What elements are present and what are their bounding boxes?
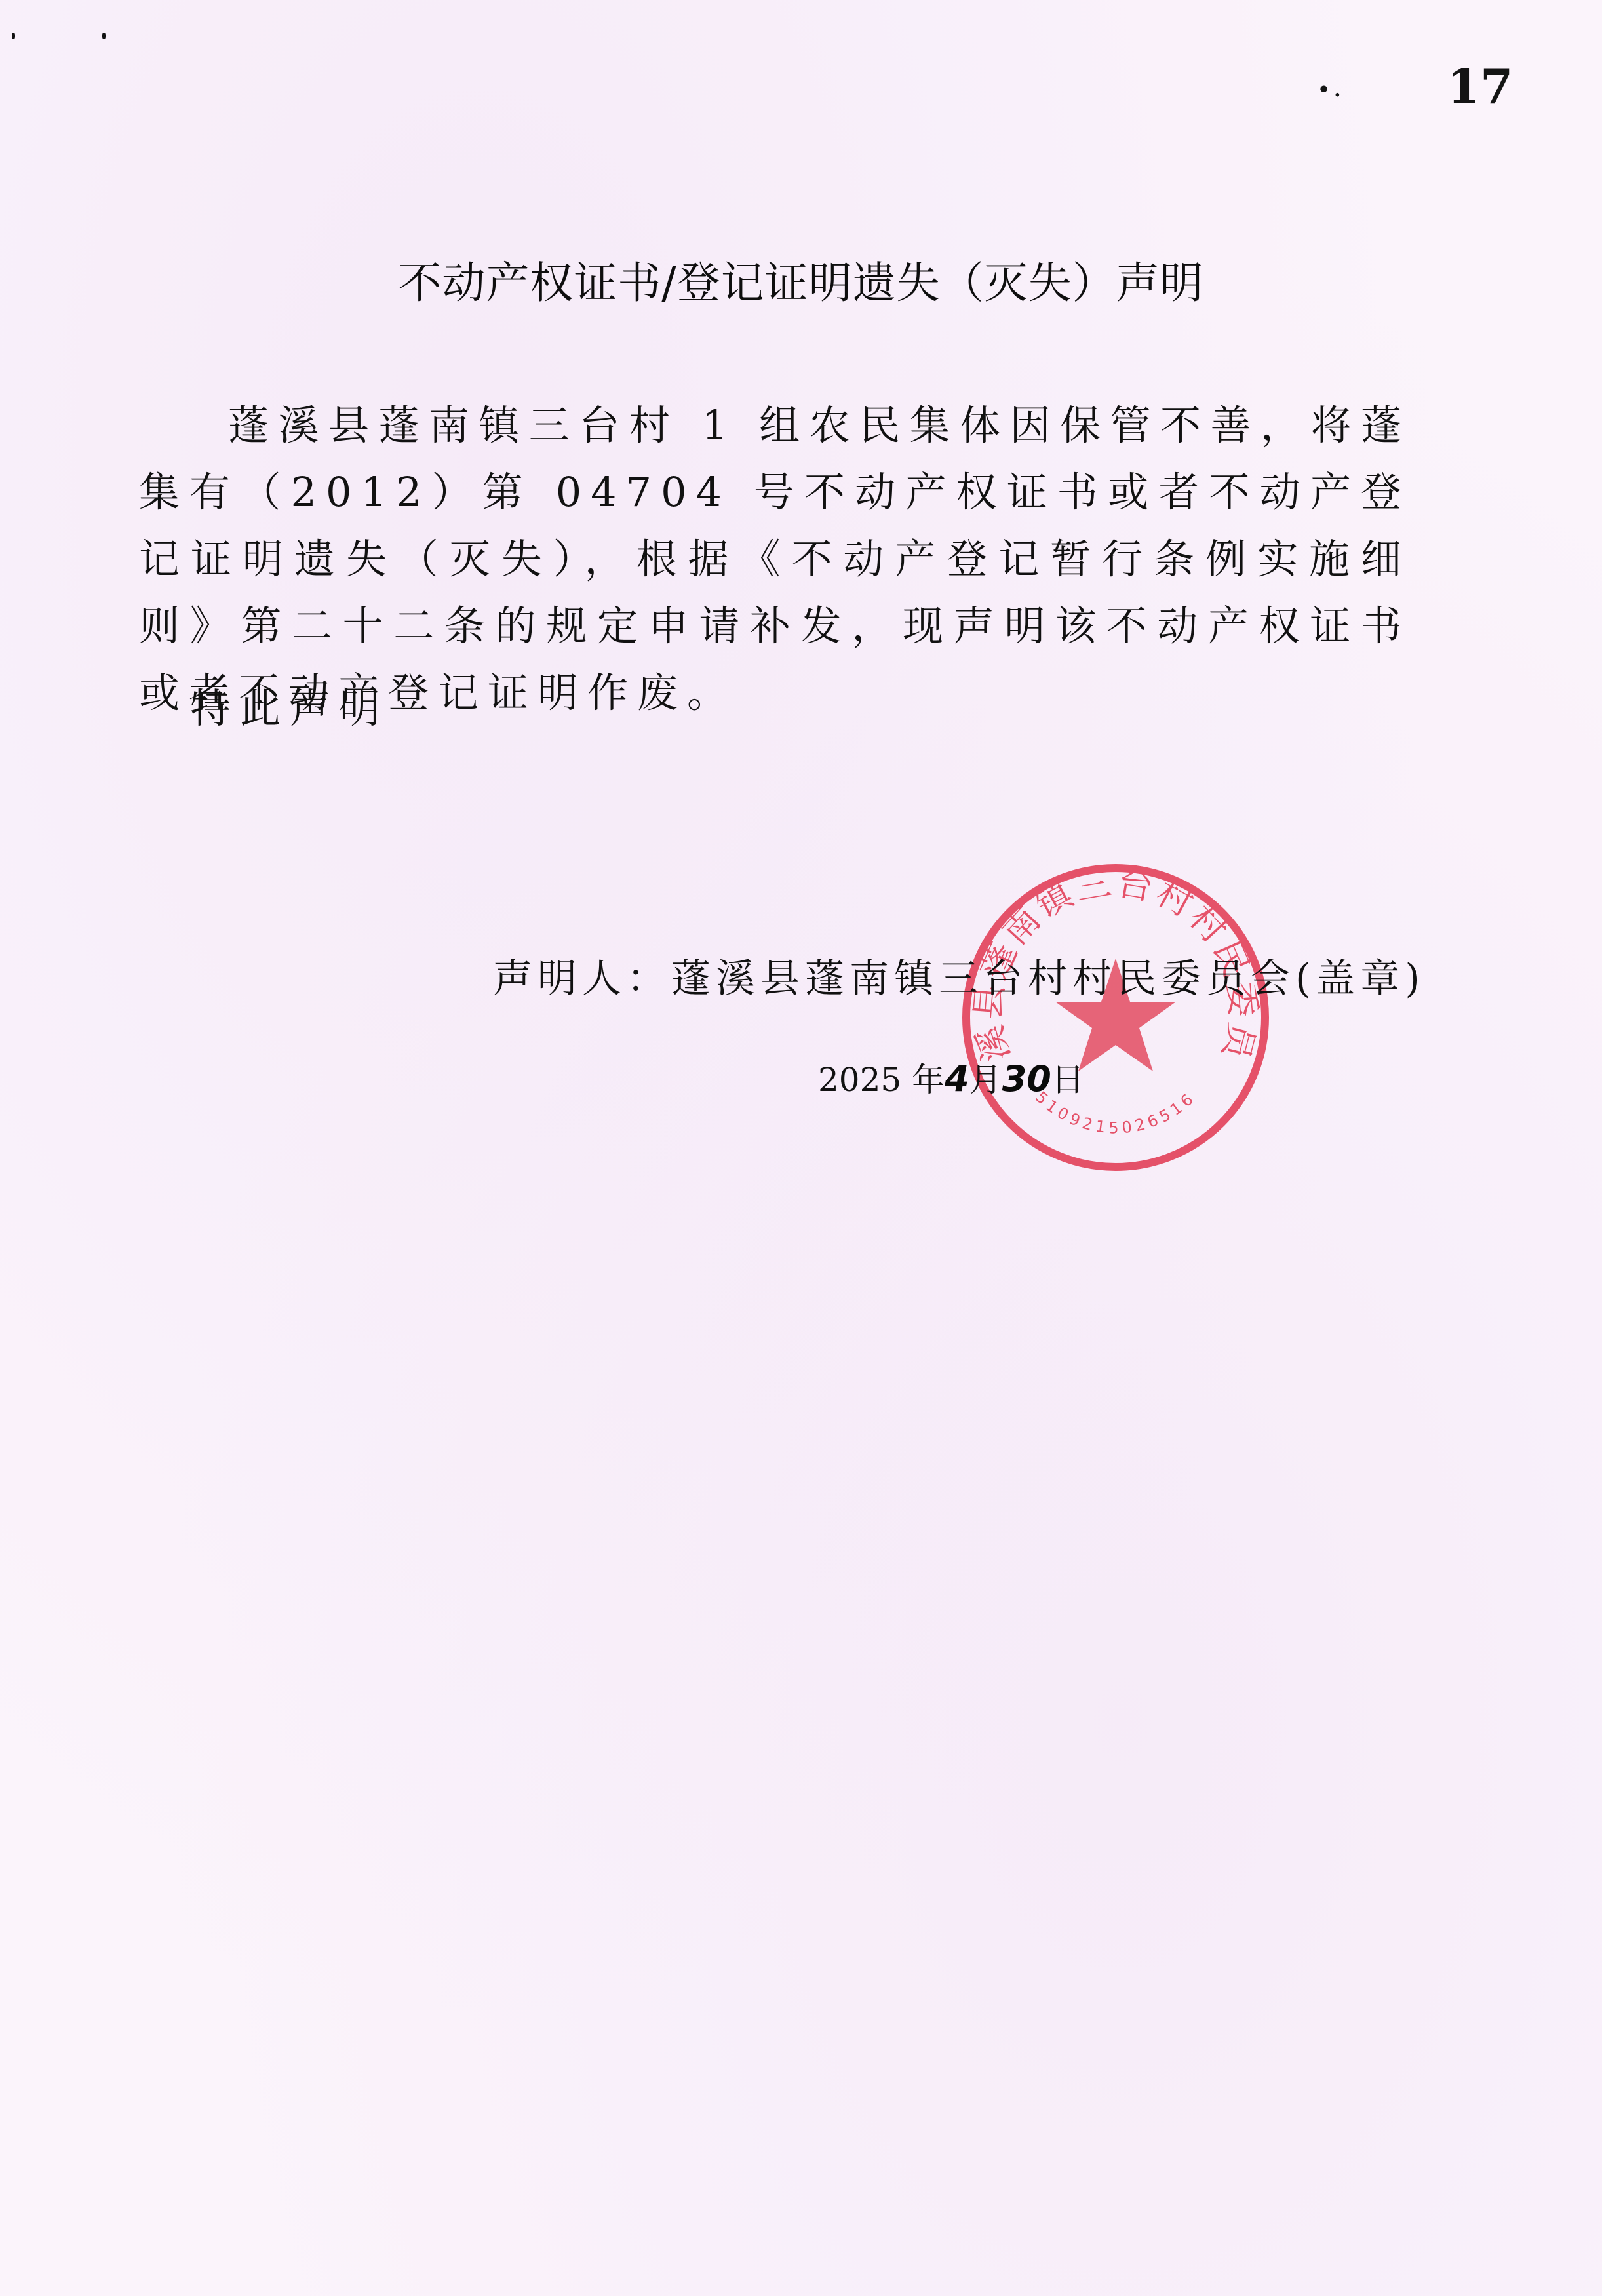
- official-seal: 蓬溪县蓬南镇三台村村民委员会 5109215026516: [958, 860, 1273, 1175]
- closing-statement: 特此声明: [190, 679, 389, 738]
- page-mark: •.: [1318, 79, 1345, 102]
- signature-label: 声明人：: [493, 956, 671, 1002]
- scan-speck: [102, 33, 106, 39]
- signatory-organization: 蓬溪县蓬南镇三台村村民委员会: [671, 956, 1295, 1002]
- date-day-handwritten: 30: [1002, 1058, 1051, 1099]
- page-number: 17: [1447, 63, 1513, 110]
- date-month-unit: 月: [969, 1061, 1002, 1099]
- seal-note: (盖章): [1295, 956, 1426, 1002]
- document-title: 不动产权证书/登记证明遗失（灭失）声明: [0, 257, 1602, 309]
- date-month-handwritten: 4: [945, 1058, 969, 1099]
- declaration-body: 蓬溪县蓬南镇三台村 1 组农民集体因保管不善，将蓬集有（2012）第 04704…: [139, 392, 1411, 726]
- scan-speck: [12, 33, 15, 39]
- scanned-page: •. 17 不动产权证书/登记证明遗失（灭失）声明 蓬溪县蓬南镇三台村 1 组农…: [0, 0, 1602, 2296]
- signature-line: 声明人：蓬溪县蓬南镇三台村村民委员会(盖章): [493, 949, 1426, 1008]
- date-day-unit: 日: [1051, 1061, 1084, 1099]
- date-year: 2025: [818, 1061, 901, 1099]
- declaration-date: 2025 年4月30日: [818, 1053, 1084, 1106]
- date-year-unit: 年: [901, 1061, 945, 1099]
